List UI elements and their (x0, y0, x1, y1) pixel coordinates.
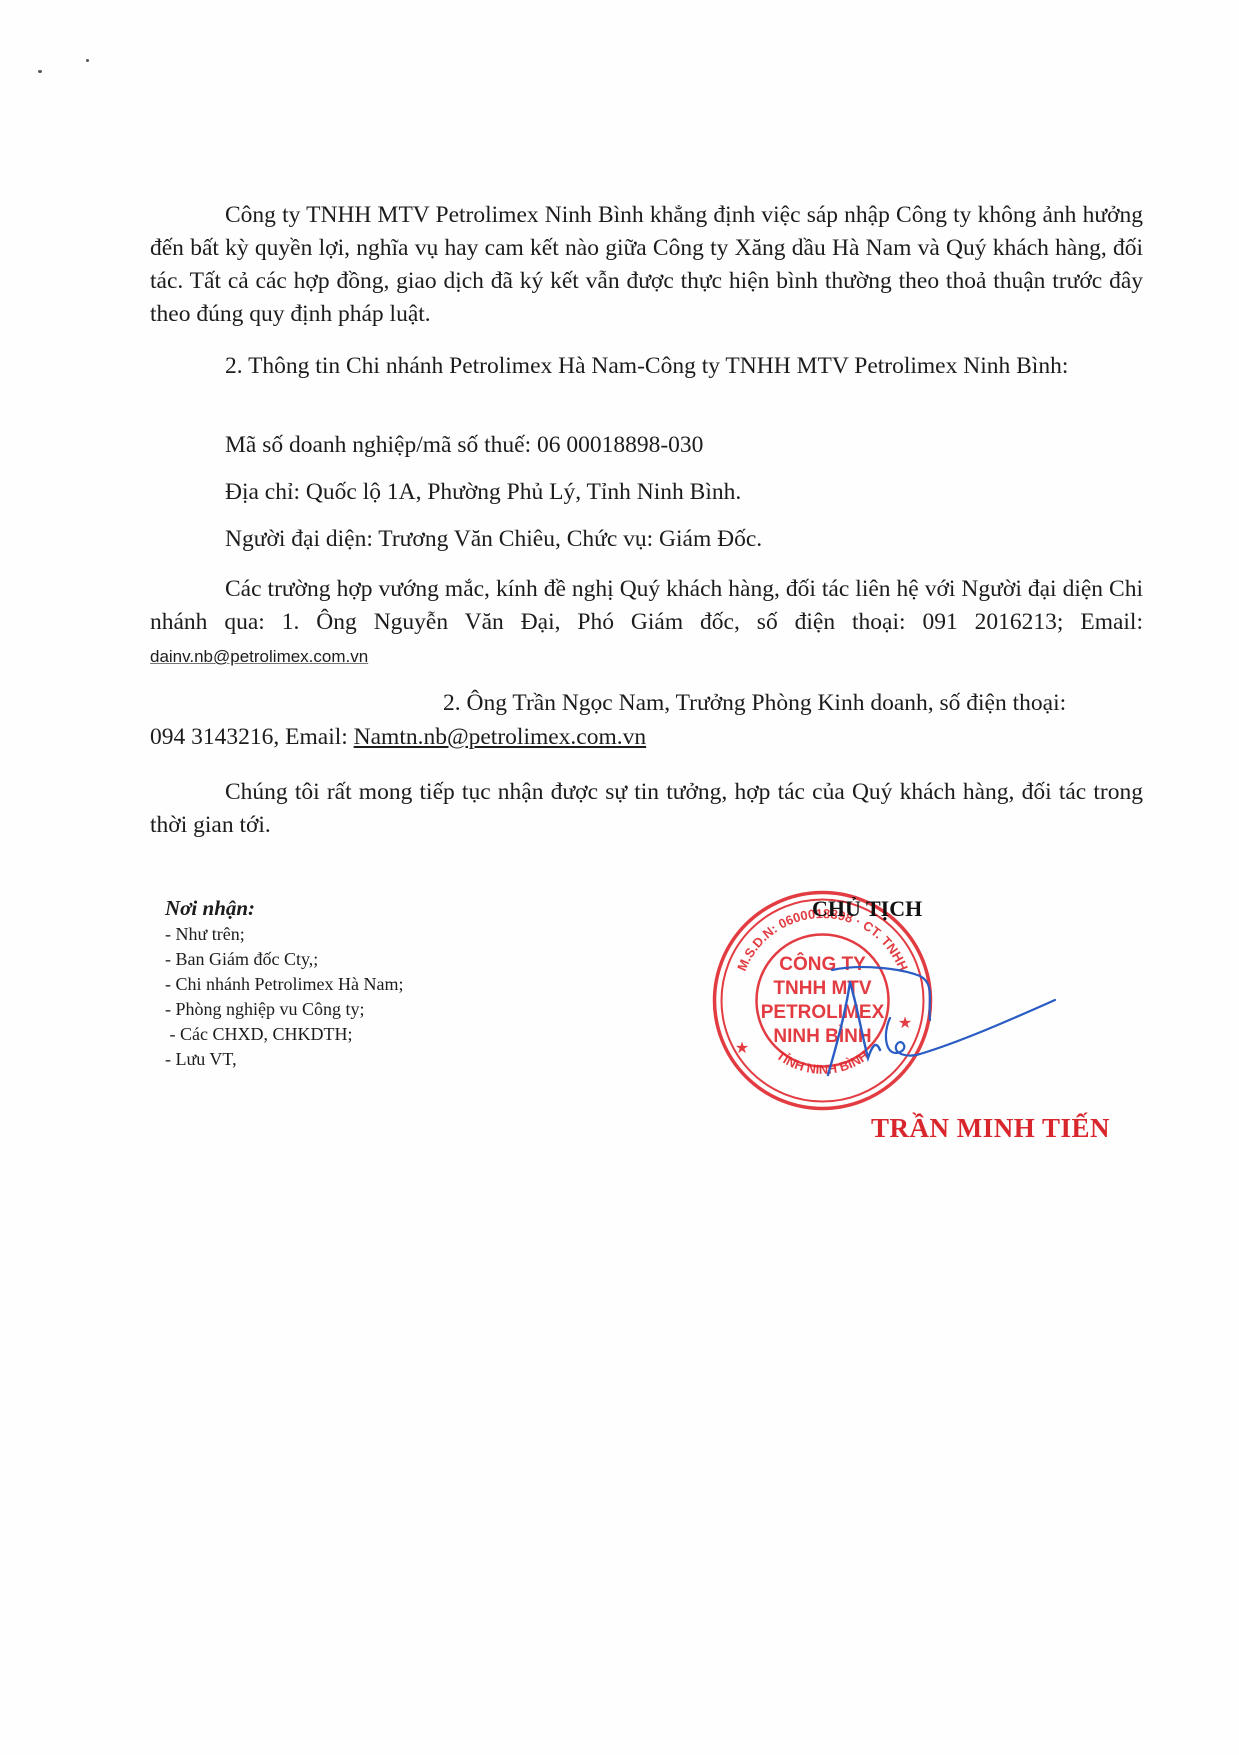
merger-statement-text: Công ty TNHH MTV Petrolimex Ninh Bình kh… (150, 199, 1143, 331)
recipients-block: Nơi nhận: - Như trên; - Ban Giám đốc Cty… (165, 896, 403, 1072)
recipients-title: Nơi nhận: (165, 896, 403, 921)
branch-representative: Người đại diện: Trương Văn Chiêu, Chức v… (225, 526, 762, 553)
paragraph-contact: Các trường hợp vướng mắc, kính đề nghị Q… (150, 573, 1143, 673)
contact-2-line1: 2. Ông Trần Ngọc Nam, Trưởng Phòng Kinh … (443, 690, 1066, 717)
recipient-item: - Các CHXD, CHKDTH; (165, 1022, 403, 1047)
document-page: Công ty TNHH MTV Petrolimex Ninh Bình kh… (0, 0, 1239, 1755)
scan-speck (38, 70, 42, 73)
email-link-namtn[interactable]: Namtn.nb@petrolimex.com.vn (354, 724, 647, 750)
paragraph-closing: Chúng tôi rất mong tiếp tục nhận được sự… (150, 776, 1143, 842)
contact-intro: Các trường hợp vướng mắc, kính đề nghị Q… (150, 576, 1143, 635)
svg-text:★: ★ (735, 1040, 749, 1057)
signer-position: CHỦ TỊCH (812, 896, 922, 922)
contact-text: Các trường hợp vướng mắc, kính đề nghị Q… (150, 573, 1143, 673)
paragraph-branch-info-heading: 2. Thông tin Chi nhánh Petrolimex Hà Nam… (150, 350, 1143, 383)
recipient-item: - Lưu VT, (165, 1047, 403, 1072)
scan-speck (86, 59, 89, 62)
branch-address: Địa chỉ: Quốc lộ 1A, Phường Phủ Lý, Tỉnh… (225, 479, 741, 506)
branch-info-heading-text: 2. Thông tin Chi nhánh Petrolimex Hà Nam… (150, 350, 1143, 383)
contact-2-phone: 094 3143216, Email: (150, 724, 354, 750)
email-link-dainv[interactable]: dainv.nb@petrolimex.com.vn (150, 647, 368, 666)
recipient-item: - Ban Giám đốc Cty,; (165, 947, 403, 972)
tax-code: Mã số doanh nghiệp/mã số thuế: 06 000188… (225, 432, 703, 459)
signer-name: TRẦN MINH TIẾN (871, 1113, 1110, 1144)
paragraph-merger-statement: Công ty TNHH MTV Petrolimex Ninh Bình kh… (150, 199, 1143, 331)
recipient-item: - Phòng nghiệp vu Công ty; (165, 997, 403, 1022)
closing-text: Chúng tôi rất mong tiếp tục nhận được sự… (150, 776, 1143, 842)
handwritten-signature-icon (750, 950, 1070, 1100)
recipient-item: - Như trên; (165, 922, 403, 947)
recipient-item: - Chi nhánh Petrolimex Hà Nam; (165, 972, 403, 997)
contact-2-line2: 094 3143216, Email: Namtn.nb@petrolimex.… (150, 724, 646, 751)
